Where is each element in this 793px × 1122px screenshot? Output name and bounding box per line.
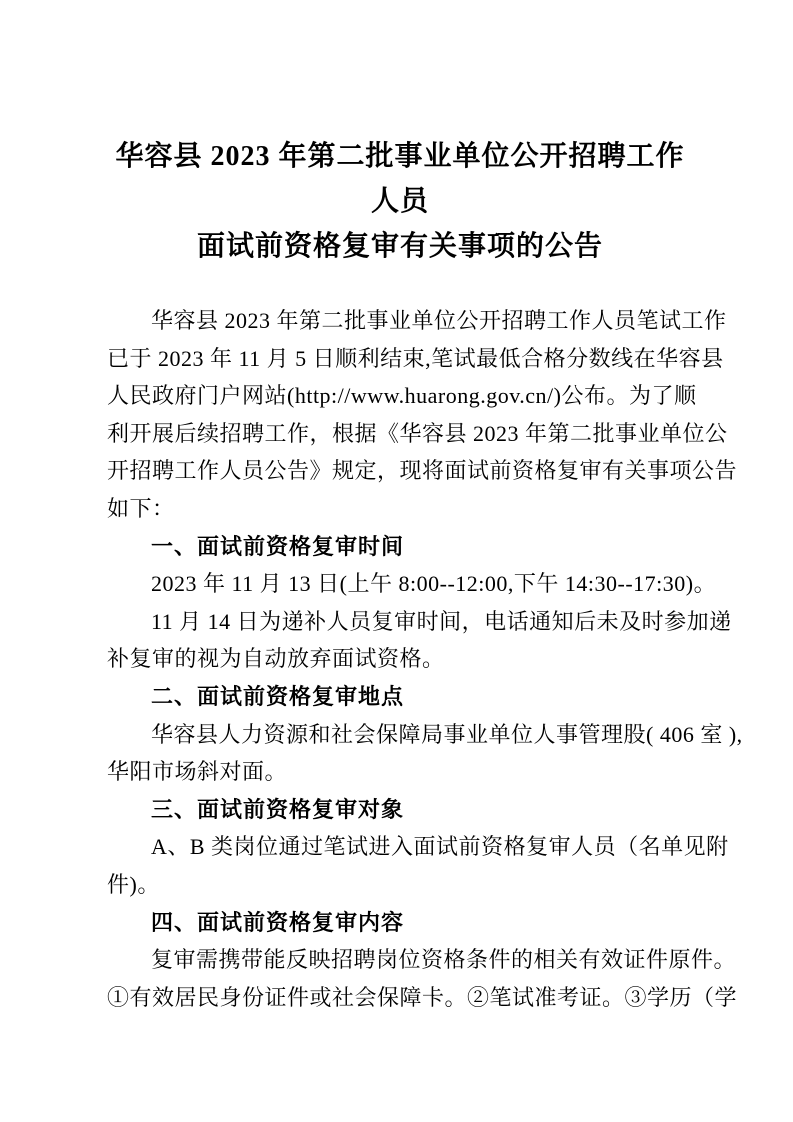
- document-title: 华容县 2023 年第二批事业单位公开招聘工作人员 面试前资格复审有关事项的公告: [107, 134, 693, 269]
- paragraph-line: 11 月 14 日为递补人员复审时间，电话通知后未及时参加递: [107, 603, 693, 641]
- section-heading: 一、面试前资格复审时间: [107, 528, 693, 566]
- paragraph-line: 已于 2023 年 11 月 5 日顺利结束,笔试最低合格分数线在华容县: [107, 340, 693, 378]
- paragraph-line: 华容县人力资源和社会保障局事业单位人事管理股( 406 室 ),: [107, 716, 693, 754]
- paragraph-line: 如下：: [107, 490, 693, 528]
- paragraph-line: 2023 年 11 月 13 日(上午 8:00--12:00,下午 14:30…: [107, 565, 693, 603]
- document-content: 华容县 2023 年第二批事业单位公开招聘工作人员笔试工作已于 2023 年 1…: [107, 302, 693, 1016]
- paragraph-line: 利开展后续招聘工作，根据《华容县 2023 年第二批事业单位公: [107, 415, 693, 453]
- section-heading: 三、面试前资格复审对象: [107, 791, 693, 829]
- paragraph-line: 华容县 2023 年第二批事业单位公开招聘工作人员笔试工作: [107, 302, 693, 340]
- paragraph-line: A、B 类岗位通过笔试进入面试前资格复审人员（名单见附: [107, 828, 693, 866]
- paragraph-line: 件)。: [107, 866, 693, 904]
- document-title-line: 华容县 2023 年第二批事业单位公开招聘工作人员: [107, 134, 693, 224]
- section-heading: 四、面试前资格复审内容: [107, 904, 693, 942]
- document-title-line: 面试前资格复审有关事项的公告: [107, 224, 693, 269]
- paragraph-line: 华阳市场斜对面。: [107, 753, 693, 791]
- section-heading: 二、面试前资格复审地点: [107, 678, 693, 716]
- paragraph-line: 复审需携带能反映招聘岗位资格条件的相关有效证件原件。: [107, 941, 693, 979]
- document-page: 华容县 2023 年第二批事业单位公开招聘工作人员 面试前资格复审有关事项的公告…: [0, 0, 793, 1122]
- document-content-area: 华容县 2023 年第二批事业单位公开招聘工作人员 面试前资格复审有关事项的公告…: [107, 134, 693, 1016]
- paragraph-line: ①有效居民身份证件或社会保障卡。②笔试准考证。③学历（学: [107, 979, 693, 1017]
- paragraph-line: 开招聘工作人员公告》规定，现将面试前资格复审有关事项公告: [107, 452, 693, 490]
- paragraph-line: 人民政府门户网站(http://www.huarong.gov.cn/)公布。为…: [107, 377, 693, 415]
- paragraph-line: 补复审的视为自动放弃面试资格。: [107, 640, 693, 678]
